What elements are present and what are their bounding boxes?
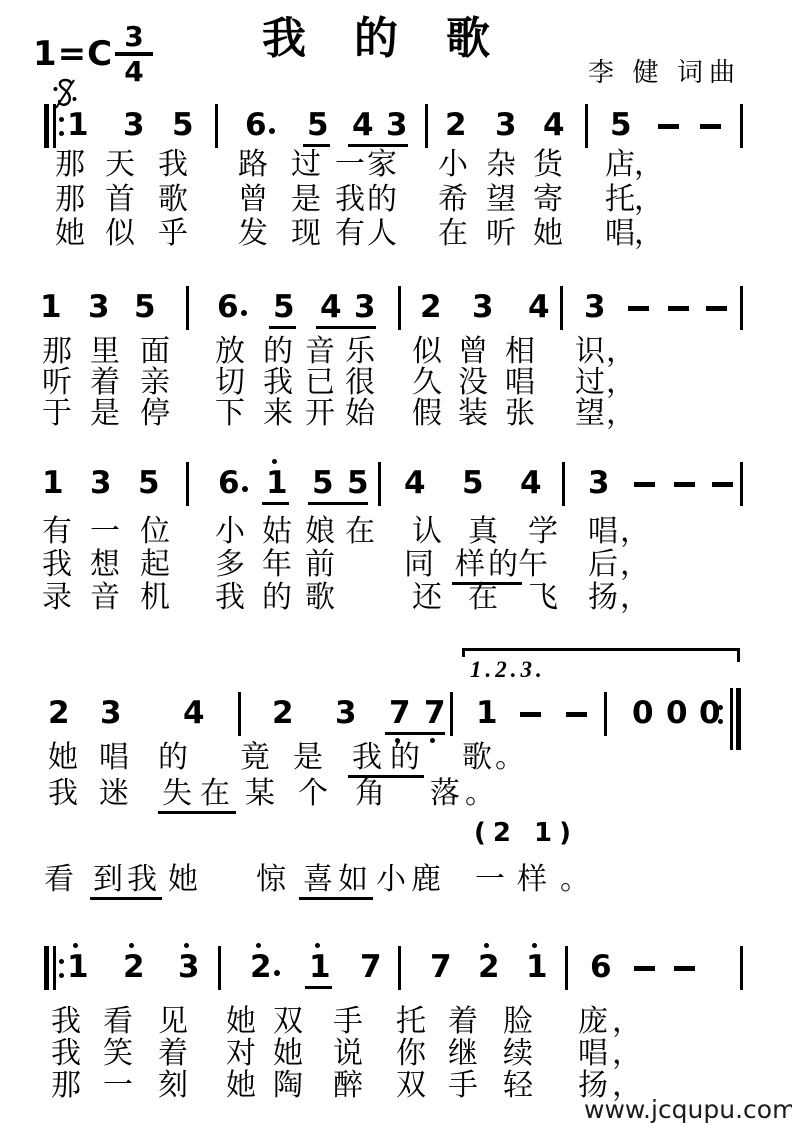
lyric-char: 小: [438, 149, 468, 181]
lyric-char: 寄: [533, 184, 563, 216]
volta-label: 1.2.3.: [470, 657, 546, 683]
repeat-start-barline: [44, 946, 49, 990]
note-digit: 1: [67, 110, 89, 141]
note-digit: 5: [273, 292, 295, 323]
lyric-char: 喜: [303, 864, 333, 896]
lyric-char: 鹿: [411, 864, 441, 896]
lyric-char: 一: [90, 516, 120, 548]
lyric-char: 一: [335, 149, 365, 181]
octave-dot-low: [430, 738, 435, 743]
dash-note: [566, 712, 587, 717]
lyric-char: 我: [263, 367, 293, 399]
lyric-char: 午: [518, 549, 548, 581]
note-digit: 5: [138, 468, 160, 499]
repeat-start-barline: [53, 104, 56, 148]
sheet-music-page: 我的歌 1=C 3 4 李 健 词曲 13565432345那天我路过一家小杂货…: [0, 0, 792, 1127]
lyric-char: 迷: [99, 778, 129, 810]
lyric-char: 音: [90, 582, 120, 614]
dash-note: [674, 482, 695, 487]
augmentation-dot: [241, 310, 247, 316]
lyric-char: 她: [226, 1006, 256, 1038]
lyric-char: 首: [105, 184, 135, 216]
lyric-char: 曾: [458, 336, 488, 368]
lyric-char: 发: [238, 218, 268, 250]
lyric-char: 轻: [503, 1070, 533, 1102]
lyric-char: ，: [612, 1038, 642, 1070]
note-digit: 2: [445, 110, 467, 141]
lyric-char: 歌: [158, 184, 188, 216]
eighth-underline: [269, 326, 296, 329]
note-digit: 2: [420, 292, 442, 323]
barline: [215, 104, 218, 148]
lyric-char: 个: [298, 778, 328, 810]
note-digit: 7: [430, 952, 452, 983]
note-digit: 1: [67, 952, 89, 983]
lyric-char: 的: [390, 742, 420, 774]
pickup-notes: (2 1): [474, 818, 578, 848]
lyric-char: 装: [458, 398, 488, 430]
lyric-char: 那: [42, 336, 72, 368]
note-digit: 3: [584, 292, 606, 323]
lyric-char: 某: [245, 778, 275, 810]
barline: [740, 104, 743, 148]
lyric-char: 的: [263, 336, 293, 368]
lyric-char: 着: [448, 1006, 478, 1038]
lyric-char: 开: [305, 398, 335, 430]
note-digit: 3: [88, 292, 110, 323]
note-digit: 5: [134, 292, 156, 323]
lyric-char: 的: [488, 549, 518, 581]
note-digit: 1: [42, 468, 64, 499]
note-digit: 6: [218, 468, 240, 499]
note-digit: 1: [309, 952, 331, 983]
lyric-char: ，: [606, 367, 636, 399]
note-digit: 0: [699, 698, 721, 729]
barline: [186, 462, 189, 506]
volta-bracket: [462, 648, 740, 651]
octave-dot-high: [256, 943, 261, 948]
lyric-char: 现: [291, 218, 321, 250]
note-digit: 0: [632, 698, 654, 729]
lyric-char: 角: [355, 778, 385, 810]
lyric-char: 扬: [588, 582, 618, 614]
lyric-char: 我: [51, 1038, 81, 1070]
note-digit: 4: [543, 110, 565, 141]
lyric-char: 歌: [305, 582, 335, 614]
note-digit: 4: [528, 292, 550, 323]
lyric-char: 货: [533, 149, 563, 181]
note-digit: 3: [123, 110, 145, 141]
lyric-char: 手: [333, 1006, 363, 1038]
repeat-end-barline: [736, 688, 741, 750]
lyric-char: 托: [605, 184, 635, 216]
barline: [425, 104, 428, 148]
eighth-underline: [262, 502, 289, 505]
eighth-underline: [348, 144, 408, 147]
note-digit: 4: [320, 292, 342, 323]
note-digit: 3: [100, 698, 122, 729]
lyric-char: 有: [335, 218, 365, 250]
lyric-char: 听: [42, 367, 72, 399]
barline: [604, 692, 607, 736]
volta-bracket: [737, 648, 740, 662]
note-digit: 3: [472, 292, 494, 323]
note-digit: 6: [217, 292, 239, 323]
dash-note: [634, 966, 655, 971]
lyric-char: 过: [291, 149, 321, 181]
lyric-char: 我: [42, 549, 72, 581]
note-digit: 4: [183, 698, 205, 729]
repeat-dot: [718, 719, 723, 724]
lyric-char: ，: [634, 218, 664, 250]
lyric-char: 还: [412, 582, 442, 614]
lyric-char: 醉: [333, 1070, 363, 1102]
lyric-char: 小: [215, 516, 245, 548]
note-digit: 5: [307, 110, 329, 141]
lyric-char: 听: [486, 218, 516, 250]
lyric-char: 在: [345, 516, 375, 548]
lyric-char: 陶: [273, 1070, 303, 1102]
lyric-char: 的: [262, 582, 292, 614]
octave-dot-high: [129, 943, 134, 948]
lyric-char: 托: [396, 1006, 426, 1038]
repeat-dot: [718, 705, 723, 710]
note-digit: 5: [462, 468, 484, 499]
lyric-char: 久: [412, 367, 442, 399]
note-digit: 3: [335, 698, 357, 729]
octave-dot-high: [315, 943, 320, 948]
repeat-end-barline: [730, 688, 733, 750]
lyric-char: 杂: [486, 149, 516, 181]
lyric-char: 于: [42, 398, 72, 430]
key-signature: 1=C: [33, 34, 113, 74]
lyric-char: 我: [335, 184, 365, 216]
note-digit: 1: [476, 698, 498, 729]
note-digit: 1: [526, 952, 548, 983]
lyric-char: 假: [412, 398, 442, 430]
repeat-dot: [59, 959, 64, 964]
lyric-char: ，: [620, 516, 650, 548]
lyric-char: 我: [352, 742, 382, 774]
note-digit: 1: [266, 468, 288, 499]
note-digit: 5: [347, 468, 369, 499]
lyric-char: 继: [448, 1038, 478, 1070]
lyric-char: 店: [605, 149, 635, 181]
lyric-char: 歌: [462, 742, 492, 774]
lyric-char: 年: [262, 549, 292, 581]
lyric-char: 前: [305, 549, 335, 581]
barline: [565, 946, 568, 990]
lyric-char: 停: [140, 398, 170, 430]
lyric-char: 多: [215, 549, 245, 581]
lyric-char: 唱: [588, 516, 618, 548]
augmentation-dot: [274, 970, 280, 976]
note-digit: 6: [245, 110, 267, 141]
barline: [560, 286, 563, 330]
note-digit: 7: [389, 698, 411, 729]
lyric-underline: [299, 897, 373, 900]
note-digit: 3: [354, 292, 376, 323]
lyric-char: 双: [396, 1070, 426, 1102]
dash-note: [628, 306, 649, 311]
dash-note: [674, 966, 695, 971]
barline: [740, 946, 743, 990]
note-digit: 0: [666, 698, 688, 729]
barline: [740, 286, 743, 330]
note-digit: 1: [40, 292, 62, 323]
octave-dot-high: [532, 943, 537, 948]
lyric-char: ，: [620, 549, 650, 581]
dash-note: [520, 712, 541, 717]
lyric-char: 双: [273, 1006, 303, 1038]
lyric-char: 娘: [305, 516, 335, 548]
song-title: 我的歌: [262, 2, 538, 66]
lyric-char: 我: [158, 149, 188, 181]
lyric-char: 的: [158, 742, 188, 774]
lyric-char: 是: [90, 398, 120, 430]
lyric-char: 她: [55, 218, 85, 250]
lyric-char: 唱: [605, 218, 635, 250]
lyric-char: ，: [634, 184, 664, 216]
barline: [378, 462, 381, 506]
lyric-char: 一: [475, 864, 505, 896]
composer-credit: 李 健 词曲: [588, 52, 741, 89]
note-digit: 3: [386, 110, 408, 141]
lyric-char: 乎: [158, 218, 188, 250]
lyric-char: 唱: [505, 367, 535, 399]
lyric-char: 真: [468, 516, 498, 548]
octave-dot-high: [484, 943, 489, 948]
dash-note: [658, 124, 679, 129]
lyric-char: 看: [44, 864, 74, 896]
lyric-char: 似: [105, 218, 135, 250]
lyric-char: 曾: [238, 184, 268, 216]
lyric-char: 很: [345, 367, 375, 399]
eighth-underline: [303, 144, 330, 147]
lyric-char: 家: [367, 149, 397, 181]
lyric-char: 有: [42, 516, 72, 548]
note-digit: 2: [250, 952, 272, 983]
lyric-char: 同: [404, 549, 434, 581]
lyric-char: 那: [55, 184, 85, 216]
lyric-char: 样: [455, 549, 485, 581]
lyric-char: 张: [505, 398, 535, 430]
note-digit: 4: [352, 110, 374, 141]
lyric-char: 唱: [99, 742, 129, 774]
lyric-char: 希: [438, 184, 468, 216]
lyric-char: 路: [238, 149, 268, 181]
lyric-char: 望: [486, 184, 516, 216]
barline: [585, 104, 588, 148]
lyric-char: 庞: [578, 1006, 608, 1038]
note-digit: 4: [520, 468, 542, 499]
lyric-char: 下: [215, 398, 245, 430]
octave-dot-high: [272, 459, 277, 464]
lyric-char: 她: [48, 742, 78, 774]
watermark: www.jcqupu.com: [584, 1095, 792, 1124]
lyric-char: 位: [140, 516, 170, 548]
lyric-char: 样: [517, 864, 547, 896]
barline: [562, 462, 565, 506]
lyric-char: 在: [438, 218, 468, 250]
lyric-char: ，: [612, 1006, 642, 1038]
note-digit: 2: [48, 698, 70, 729]
lyric-char: 起: [140, 549, 170, 581]
lyric-char: 飞: [528, 582, 558, 614]
augmentation-dot: [242, 486, 248, 492]
note-digit: 3: [178, 952, 200, 983]
lyric-char: 如: [338, 864, 368, 896]
lyric-char: 那: [51, 1070, 81, 1102]
note-digit: 6: [590, 952, 612, 983]
lyric-char: 放: [215, 336, 245, 368]
octave-dot-high: [73, 943, 78, 948]
lyric-char: 说: [333, 1038, 363, 1070]
lyric-char: 识: [575, 336, 605, 368]
barline: [450, 692, 453, 736]
note-digit: 5: [172, 110, 194, 141]
barline: [218, 946, 221, 990]
lyric-char: 手: [448, 1070, 478, 1102]
lyric-char: 惊: [256, 864, 286, 896]
lyric-char: 见: [158, 1006, 188, 1038]
eighth-underline: [305, 986, 332, 989]
lyric-char: 竟: [240, 742, 270, 774]
lyric-char: 音: [305, 336, 335, 368]
lyric-char: 是: [291, 184, 321, 216]
lyric-char: 着: [158, 1038, 188, 1070]
lyric-char: 在: [200, 778, 230, 810]
lyric-underline: [90, 897, 162, 900]
octave-dot-high: [184, 943, 189, 948]
note-digit: 7: [360, 952, 382, 983]
note-digit: 2: [123, 952, 145, 983]
repeat-dot: [59, 117, 64, 122]
time-signature-numerator: 3: [113, 22, 155, 51]
lyric-char: 唱: [578, 1038, 608, 1070]
dash-note: [712, 482, 733, 487]
note-digit: 7: [424, 698, 446, 729]
lyric-char: 想: [90, 549, 120, 581]
volta-bracket: [462, 648, 465, 657]
note-digit: 5: [610, 110, 632, 141]
lyric-char: 失: [162, 778, 192, 810]
note-digit: 3: [90, 468, 112, 499]
dash-note: [700, 124, 721, 129]
lyric-char: 到: [93, 864, 123, 896]
lyric-char: 机: [140, 582, 170, 614]
lyric-char: 我: [51, 1006, 81, 1038]
lyric-char: 。: [560, 864, 590, 896]
eighth-underline: [308, 502, 368, 505]
lyric-char: 始: [345, 398, 375, 430]
lyric-char: 对: [226, 1038, 256, 1070]
note-digit: 5: [312, 468, 334, 499]
lyric-char: ，: [606, 336, 636, 368]
lyric-char: 她: [273, 1038, 303, 1070]
lyric-char: 来: [263, 398, 293, 430]
lyric-underline: [158, 811, 236, 814]
eighth-underline: [385, 732, 445, 735]
repeat-dot: [59, 131, 64, 136]
dash-note: [634, 482, 655, 487]
lyric-char: 切: [215, 367, 245, 399]
lyric-char: 人: [367, 218, 397, 250]
lyric-char: 面: [140, 336, 170, 368]
time-signature: 3 4: [113, 22, 155, 87]
lyric-char: 的: [367, 184, 397, 216]
lyric-char: 。: [465, 778, 495, 810]
lyric-char: 望: [575, 398, 605, 430]
repeat-dot: [59, 973, 64, 978]
lyric-char: 你: [396, 1038, 426, 1070]
lyric-char: 一: [103, 1070, 133, 1102]
dash-note: [706, 306, 727, 311]
note-digit: 4: [404, 468, 426, 499]
repeat-start-barline: [53, 946, 56, 990]
time-signature-denominator: 4: [113, 57, 155, 86]
lyric-char: 看: [103, 1006, 133, 1038]
lyric-char: 认: [412, 516, 442, 548]
lyric-char: 已: [305, 367, 335, 399]
lyric-char: 她: [168, 864, 198, 896]
lyric-char: 落: [430, 778, 460, 810]
lyric-char: ，: [634, 149, 664, 181]
lyric-char: 是: [293, 742, 323, 774]
lyric-char: 后: [588, 549, 618, 581]
lyric-char: 她: [226, 1070, 256, 1102]
lyric-char: 笑: [103, 1038, 133, 1070]
barline: [740, 462, 743, 506]
lyric-char: 刻: [158, 1070, 188, 1102]
lyric-char: 相: [505, 336, 535, 368]
lyric-char: 在: [468, 582, 498, 614]
lyric-char: 我: [127, 864, 157, 896]
barline: [186, 286, 189, 330]
note-digit: 3: [588, 468, 610, 499]
lyric-char: 。: [495, 742, 525, 774]
lyric-char: 里: [90, 336, 120, 368]
eighth-underline: [316, 326, 376, 329]
barline: [398, 286, 401, 330]
lyric-char: 过: [575, 367, 605, 399]
note-digit: 3: [495, 110, 517, 141]
lyric-char: 小: [376, 864, 406, 896]
lyric-char: 那: [55, 149, 85, 181]
dash-note: [668, 306, 689, 311]
repeat-start-barline: [44, 104, 49, 148]
lyric-char: 亲: [140, 367, 170, 399]
lyric-char: 没: [458, 367, 488, 399]
lyric-char: 天: [105, 149, 135, 181]
note-digit: 2: [478, 952, 500, 983]
lyric-char: 她: [533, 218, 563, 250]
lyric-char: 似: [412, 336, 442, 368]
lyric-char: 续: [503, 1038, 533, 1070]
note-digit: 2: [272, 698, 294, 729]
lyric-char: 我: [48, 778, 78, 810]
augmentation-dot: [269, 128, 275, 134]
lyric-char: 姑: [262, 516, 292, 548]
lyric-char: 录: [42, 582, 72, 614]
lyric-char: 乐: [345, 336, 375, 368]
lyric-char: ，: [606, 398, 636, 430]
barline: [238, 692, 241, 736]
lyric-char: 我: [215, 582, 245, 614]
barline: [398, 946, 401, 990]
lyric-char: ，: [620, 582, 650, 614]
lyric-char: 着: [90, 367, 120, 399]
